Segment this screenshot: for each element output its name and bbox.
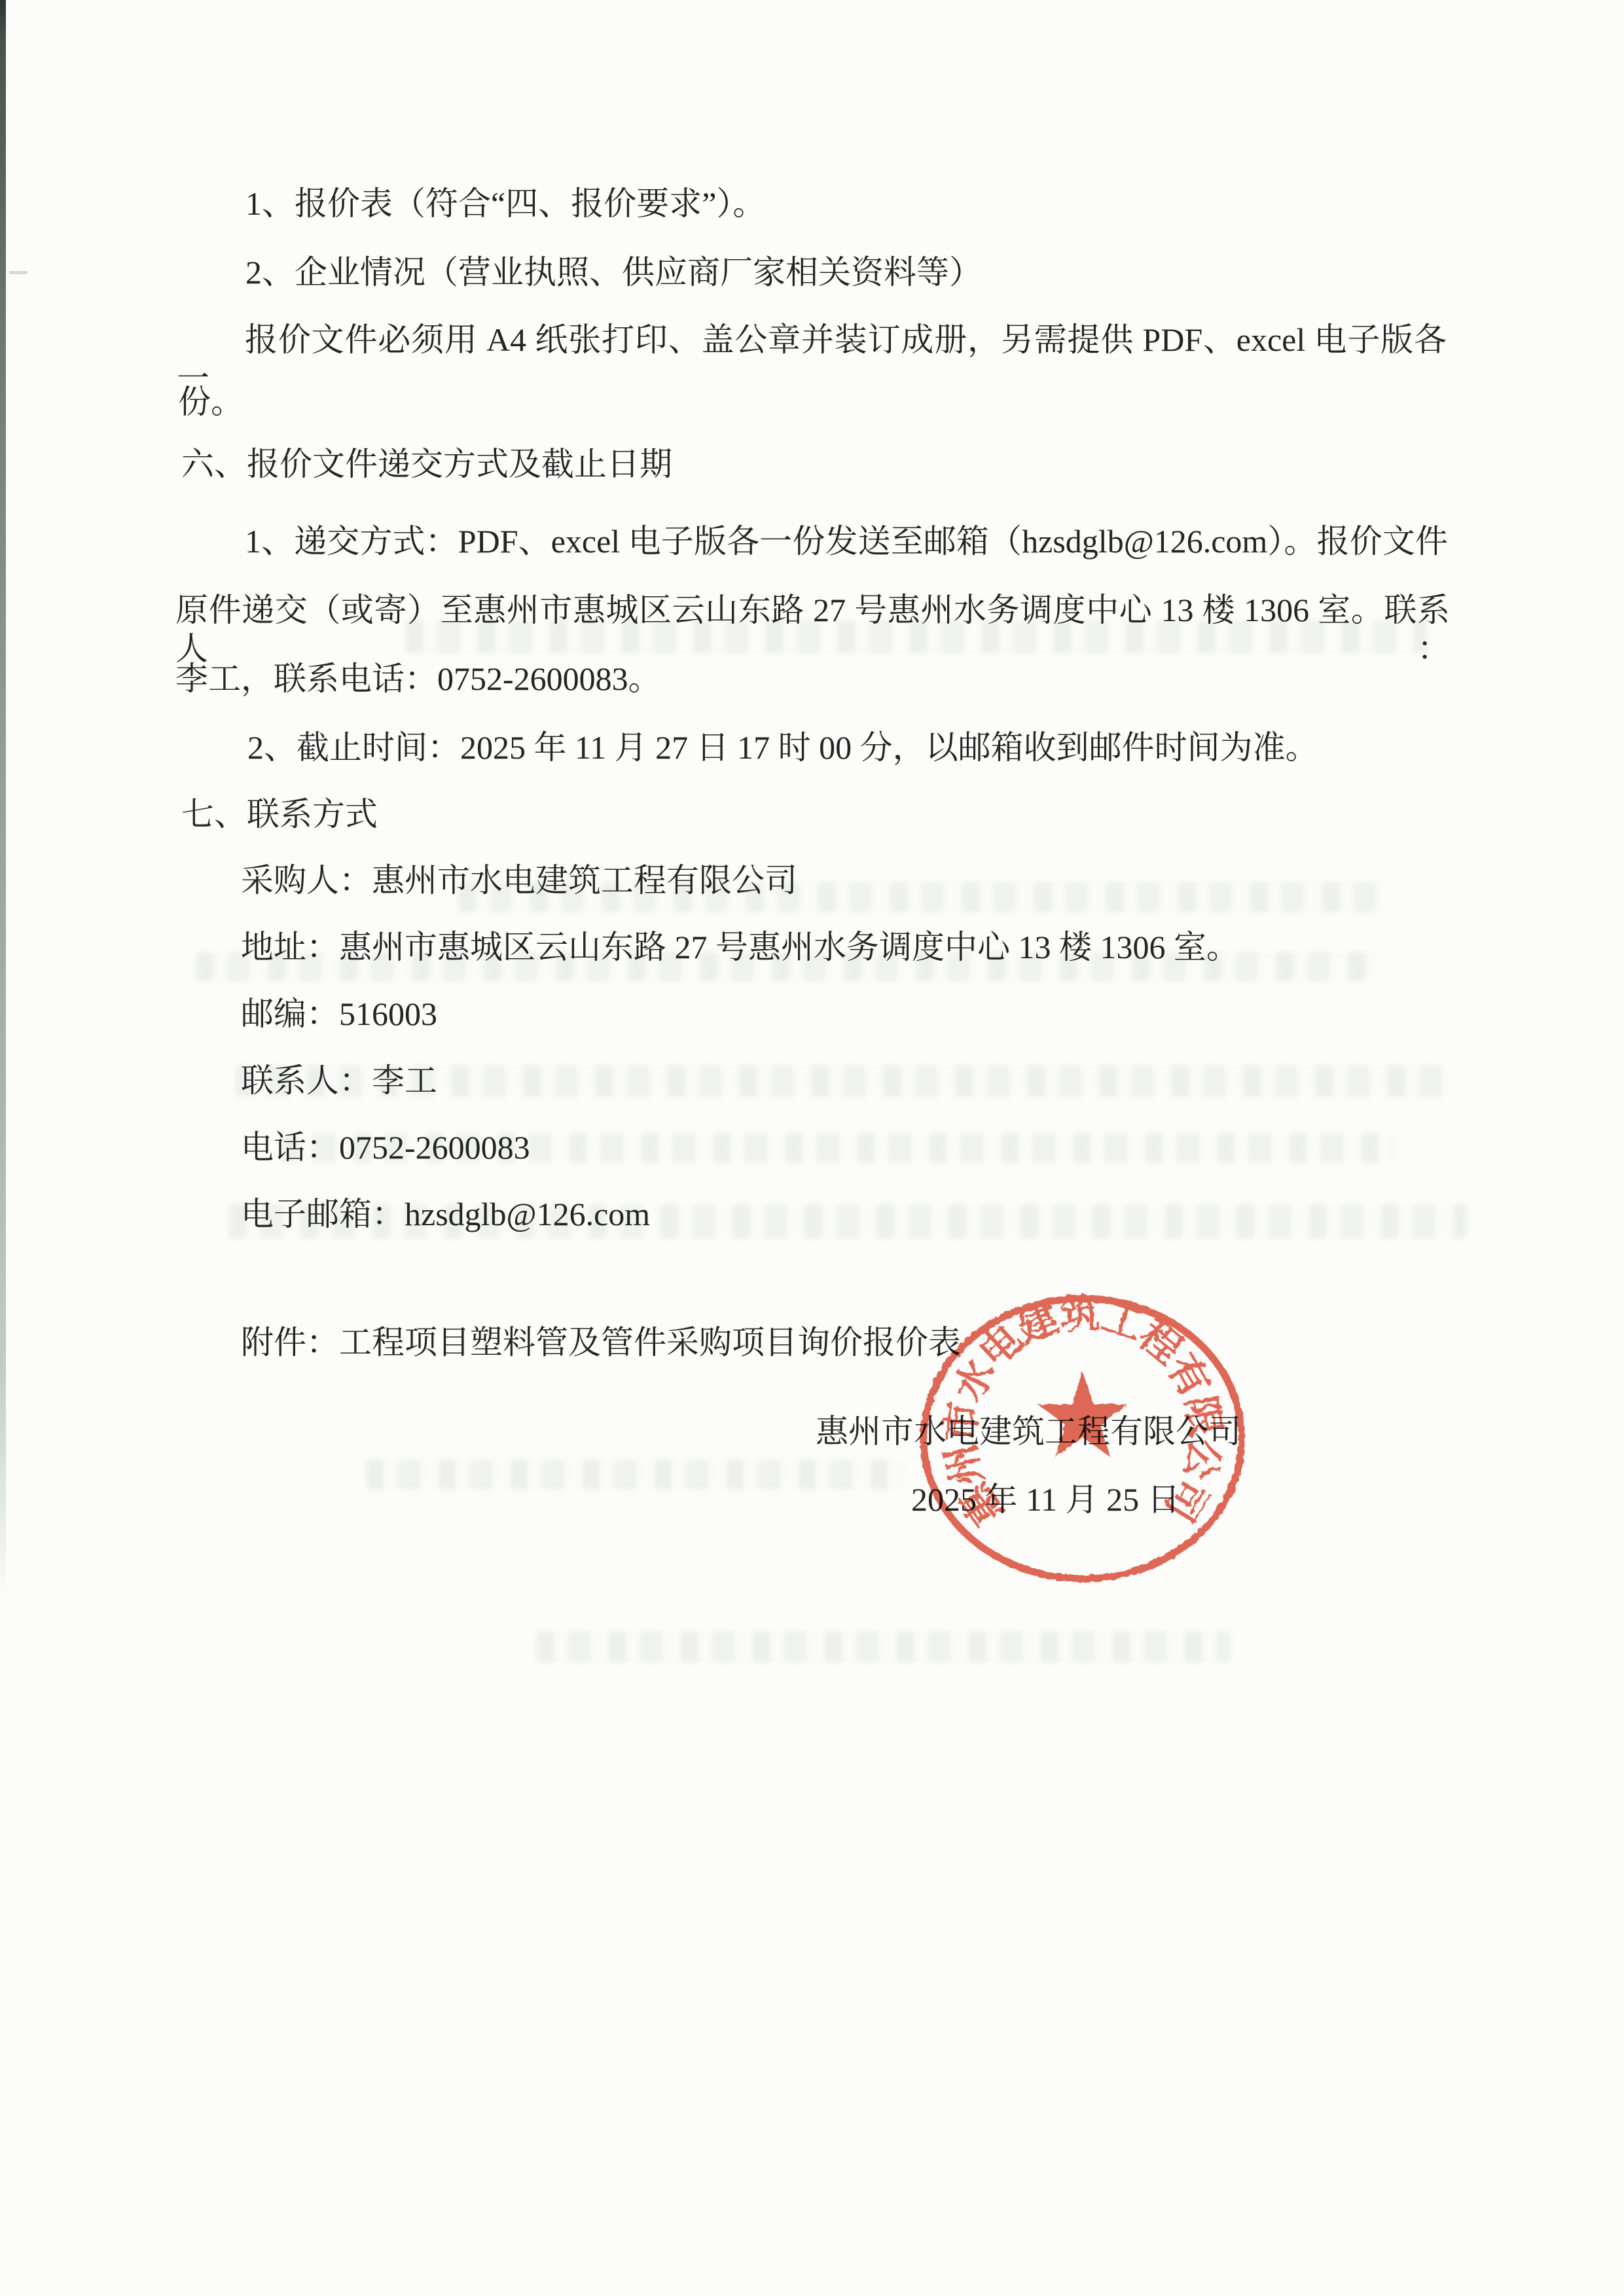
section-6-heading: 六、报价文件递交方式及截止日期 xyxy=(181,445,672,484)
requirement-item-2: 2、企业情况（营业执照、供应商厂家相关资料等） xyxy=(245,253,982,292)
print-requirement-line-1: 报价文件必须用 A4 纸张打印、盖公章并装订成册，另需提供 PDF、excel … xyxy=(177,321,1447,398)
attachment-line: 附件：工程项目塑料管及管件采购项目询价报价表 xyxy=(241,1323,961,1362)
deadline-line: 2、截止时间：2025 年 11 月 27 日 17 时 00 分，以邮箱收到邮… xyxy=(247,728,1318,767)
submission-method-line-3: 李工，联系电话：0752-2600083。 xyxy=(175,660,661,698)
star-icon xyxy=(1038,1372,1128,1457)
contact-person-line: 联系人：李工 xyxy=(241,1062,437,1100)
requirement-item-1: 1、报价表（符合“四、报价要求”）。 xyxy=(245,185,765,223)
postcode-line: 邮编：516003 xyxy=(241,995,437,1033)
company-seal-stamp: 惠州市水电建筑工程有限公司 xyxy=(915,1291,1250,1587)
submission-method-line-1: 1、递交方式：PDF、excel 电子版各一份发送至邮箱（hzsdglb@126… xyxy=(177,522,1448,561)
address-line: 地址：惠州市惠城区云山东路 27 号惠州水务调度中心 13 楼 1306 室。 xyxy=(241,928,1239,967)
document-content: 1、报价表（符合“四、报价要求”）。 2、企业情况（营业执照、供应商厂家相关资料… xyxy=(0,0,1624,2296)
submission-method-line-2: 原件递交（或寄）至惠州市惠城区云山东路 27 号惠州水务调度中心 13 楼 13… xyxy=(175,591,1450,668)
phone-line: 电话：0752-2600083 xyxy=(241,1128,530,1167)
email-line: 电子邮箱：hzsdglb@126.com xyxy=(241,1195,650,1234)
document-page: 1、报价表（符合“四、报价要求”）。 2、企业情况（营业执照、供应商厂家相关资料… xyxy=(0,0,1624,2296)
print-requirement-line-2: 份。 xyxy=(178,383,244,422)
section-7-heading: 七、联系方式 xyxy=(181,795,378,834)
buyer-line: 采购人：惠州市水电建筑工程有限公司 xyxy=(241,861,797,900)
